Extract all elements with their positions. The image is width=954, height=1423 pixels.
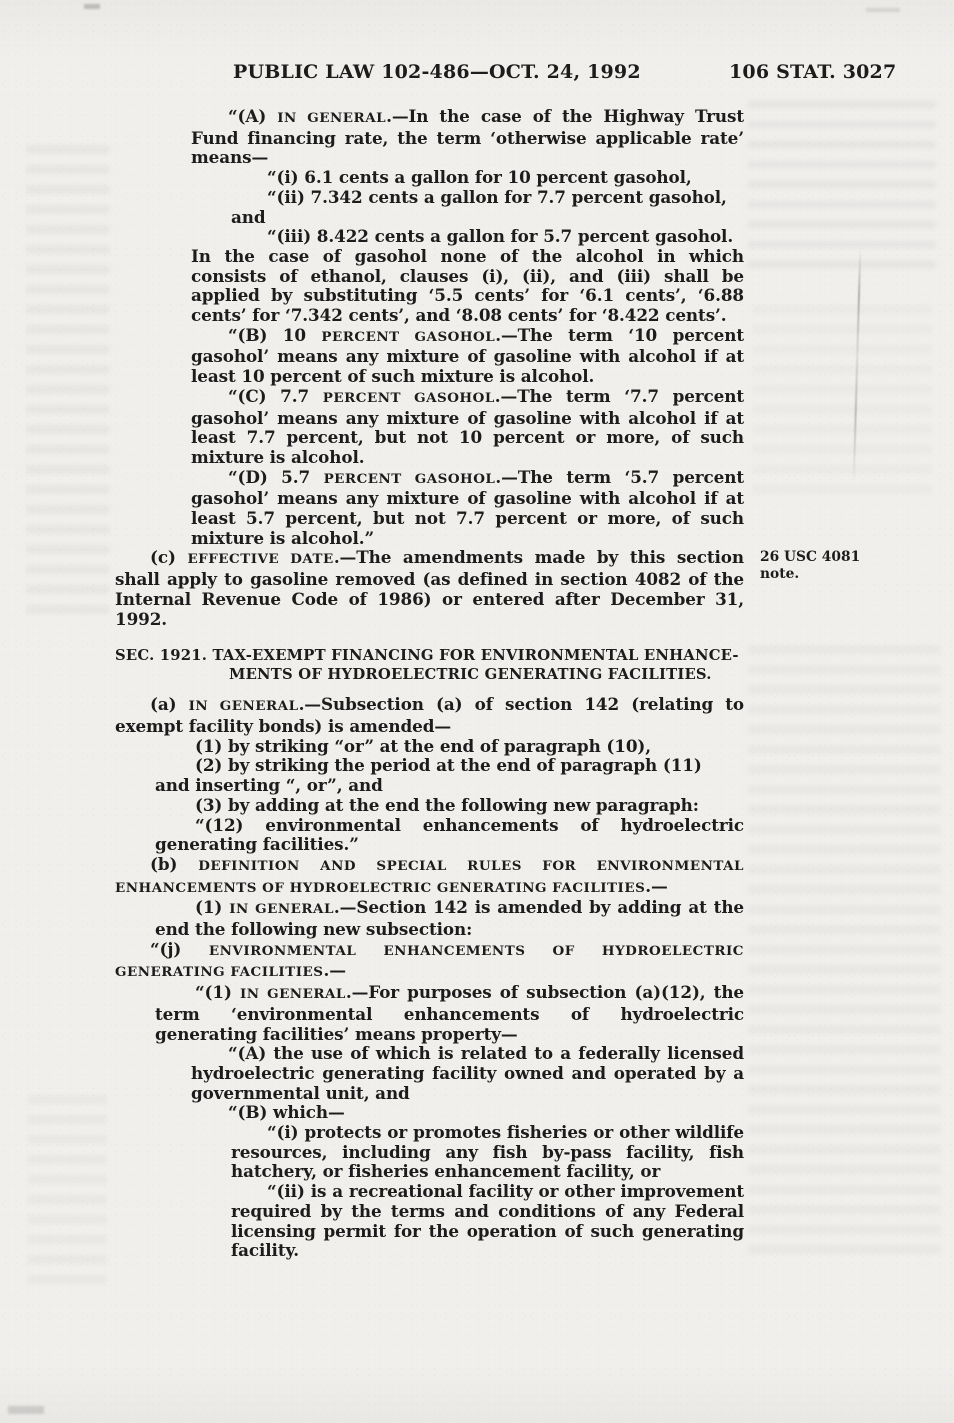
clause-i-gasohol-rate: “(i) 6.1 cents a gallon for 10 percent g… bbox=[115, 168, 744, 188]
clause-i-fisheries: “(i) protects or promotes fisheries or o… bbox=[115, 1123, 744, 1182]
header-stat-number: 106 STAT. 3027 bbox=[729, 61, 896, 83]
ink-speck bbox=[84, 4, 100, 9]
clause-iii-gasohol-rate: “(iii) 8.422 cents a gallon for 5.7 perc… bbox=[115, 227, 744, 247]
paragraph-2-amendment: (2) by striking the period at the end of… bbox=[115, 756, 744, 795]
ink-speck bbox=[8, 1406, 44, 1414]
paragraph-12-new: “(12) environmental enhancements of hydr… bbox=[115, 816, 744, 855]
clause-ii-recreational: “(ii) is a recreational facility or othe… bbox=[115, 1182, 744, 1261]
clause-ii-gasohol-rate: “(ii) 7.342 cents a gallon for 7.7 perce… bbox=[115, 188, 744, 227]
subparagraph-A-in-general: “(A) IN GENERAL.—In the case of the High… bbox=[115, 107, 744, 168]
section-1921-heading: SEC. 1921. TAX-EXEMPT FINANCING FOR ENVI… bbox=[115, 646, 744, 684]
subparagraph-B-10-percent-gasohol: “(B) 10 PERCENT GASOHOL.—The term ‘10 pe… bbox=[115, 326, 744, 387]
ink-speck bbox=[866, 8, 900, 12]
statute-page: PUBLIC LAW 102-486—OCT. 24, 1992 106 STA… bbox=[0, 0, 954, 1423]
subsection-a-in-general: (a) IN GENERAL.—Subsection (a) of sectio… bbox=[115, 695, 744, 736]
paragraph-1-in-general: (1) IN GENERAL.—Section 142 is amended b… bbox=[115, 898, 744, 939]
paragraph-1-quoted-in-general: “(1) IN GENERAL.—For purposes of subsect… bbox=[115, 983, 744, 1044]
paragraph-1-amendment: (1) by striking “or” at the end of parag… bbox=[115, 737, 744, 757]
subsection-j-quoted: “(j) ENVIRONMENTAL ENHANCEMENTS OF HYDRO… bbox=[115, 940, 744, 983]
subparagraph-C-7-7-percent-gasohol: “(C) 7.7 PERCENT GASOHOL.—The term ‘7.7 … bbox=[115, 387, 744, 468]
subsection-c-effective-date: (c) EFFECTIVE DATE.—The amendments made … bbox=[115, 548, 744, 629]
scan-line-artifact bbox=[853, 248, 862, 484]
header-law-title: PUBLIC LAW 102-486—OCT. 24, 1992 bbox=[233, 61, 641, 83]
statute-body: “(A) IN GENERAL.—In the case of the High… bbox=[115, 107, 744, 1261]
running-head: PUBLIC LAW 102-486—OCT. 24, 1992 106 STA… bbox=[0, 61, 954, 89]
margin-note-usc: 26 USC 4081 note. bbox=[760, 549, 905, 582]
paragraph-ethanol-substitution: In the case of gasohol none of the alcoh… bbox=[115, 247, 744, 326]
bleedthrough-artifact bbox=[26, 140, 110, 620]
bleedthrough-artifact bbox=[748, 95, 936, 270]
subparagraph-A-federally-licensed: “(A) the use of which is related to a fe… bbox=[115, 1044, 744, 1103]
subsection-b-definition: (b) DEFINITION AND SPECIAL RULES FOR ENV… bbox=[115, 855, 744, 898]
bleedthrough-artifact bbox=[752, 300, 932, 500]
bleedthrough-artifact bbox=[28, 1090, 106, 1285]
subparagraph-D-5-7-percent-gasohol: “(D) 5.7 PERCENT GASOHOL.—The term ‘5.7 … bbox=[115, 468, 744, 549]
subparagraph-B-which: “(B) which— bbox=[115, 1103, 744, 1123]
paragraph-3-amendment: (3) by adding at the end the following n… bbox=[115, 796, 744, 816]
bleedthrough-artifact bbox=[748, 640, 940, 1260]
